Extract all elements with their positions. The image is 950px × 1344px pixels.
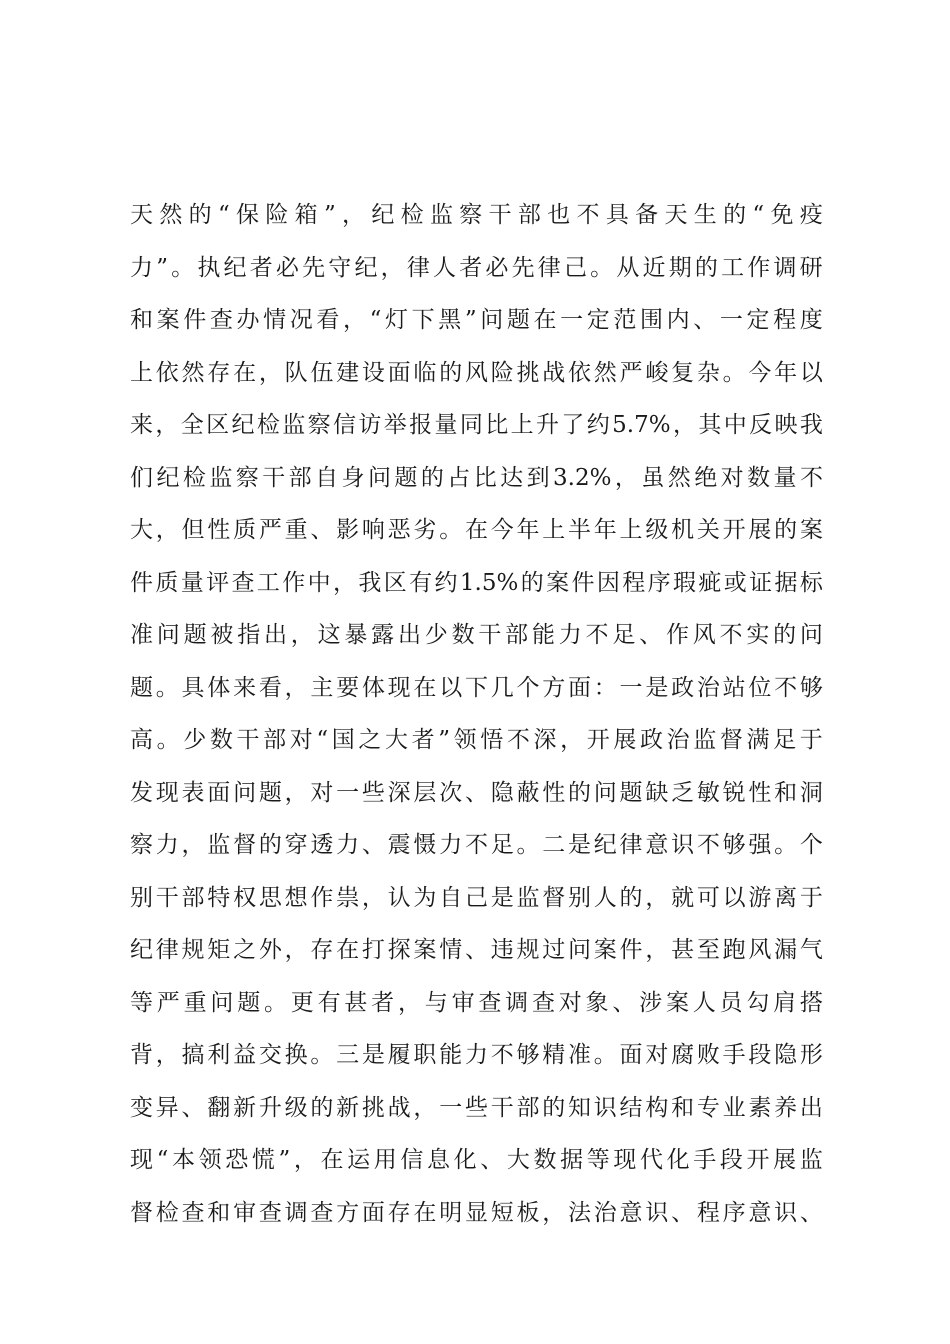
glyph: 作 xyxy=(666,618,689,652)
glyph: 。 xyxy=(516,828,539,862)
glyph: ， xyxy=(285,671,308,705)
glyph: 程 xyxy=(773,303,796,337)
glyph: 我 xyxy=(358,566,381,600)
glyph: 的 xyxy=(421,461,444,495)
glyph: 指 xyxy=(237,618,260,652)
glyph: 政 xyxy=(671,671,694,705)
glyph: 思 xyxy=(259,881,282,915)
glyph: 换 xyxy=(285,1038,308,1072)
glyph: 数 xyxy=(210,723,233,757)
glyph: 免 xyxy=(770,198,793,232)
glyph: 升 xyxy=(536,408,559,442)
glyph: 、 xyxy=(182,1091,205,1125)
glyph: 1.5% xyxy=(460,566,518,600)
glyph: 识 xyxy=(671,828,694,862)
glyph: 虽 xyxy=(641,461,664,495)
glyph: 律 xyxy=(156,933,179,967)
glyph: 力 xyxy=(439,828,462,862)
glyph: 对 xyxy=(721,461,744,495)
glyph: 领 xyxy=(454,723,477,757)
glyph: 代 xyxy=(640,1143,663,1177)
glyph: 上 xyxy=(620,513,643,547)
glyph: 先 xyxy=(512,251,535,285)
glyph: 律 xyxy=(620,828,643,862)
glyph: 、 xyxy=(465,933,488,967)
glyph: 几 xyxy=(491,671,514,705)
glyph: 一 xyxy=(336,776,359,810)
glyph: 至 xyxy=(697,933,720,967)
glyph: ， xyxy=(645,933,668,967)
glyph: 规 xyxy=(516,933,539,967)
glyph: 不 xyxy=(697,828,720,862)
glyph: 战 xyxy=(388,1091,411,1125)
glyph: 出 xyxy=(800,1091,823,1125)
glyph: 必 xyxy=(276,251,299,285)
glyph: 为 xyxy=(413,881,436,915)
glyph: 作 xyxy=(282,566,305,600)
text-line: 来，全区纪检监察信访举报量同比上升了约5.7%，其中反映我 xyxy=(130,408,823,461)
glyph: 瑕 xyxy=(673,566,696,600)
glyph: 不 xyxy=(774,671,797,705)
glyph: 大 xyxy=(507,1143,530,1177)
glyph: 穿 xyxy=(285,828,308,862)
glyph: 问 xyxy=(594,776,617,810)
glyph: 短 xyxy=(491,1196,514,1230)
text-line: 变异、翻新升级的新挑战，一些干部的知识结构和专业素养出 xyxy=(130,1091,823,1144)
glyph: 履 xyxy=(388,1038,411,1072)
glyph: 风 xyxy=(465,356,488,390)
glyph: 法 xyxy=(568,1196,591,1230)
glyph: ” xyxy=(465,303,477,337)
glyph: 段 xyxy=(748,1038,771,1072)
glyph: 问 xyxy=(368,461,391,495)
glyph: 关 xyxy=(697,513,720,547)
glyph: 上 xyxy=(511,408,534,442)
glyph: 力 xyxy=(559,618,582,652)
glyph: 挑 xyxy=(362,1091,385,1125)
glyph: 性 xyxy=(748,776,771,810)
glyph: 意 xyxy=(748,1196,771,1230)
glyph: 办 xyxy=(237,303,260,337)
glyph: 年 xyxy=(594,513,617,547)
glyph: 锐 xyxy=(723,776,746,810)
glyph: 职 xyxy=(413,1038,436,1072)
glyph: 领 xyxy=(199,1143,222,1177)
text-line: 们纪检监察干部自身问题的占比达到3.2%，虽然绝对数量不 xyxy=(130,461,823,514)
glyph: 5.7% xyxy=(612,408,670,442)
glyph: 力 xyxy=(336,828,359,862)
glyph: 主 xyxy=(310,671,333,705)
glyph: ： xyxy=(594,671,617,705)
glyph: 足 xyxy=(491,828,514,862)
glyph: 部 xyxy=(518,198,541,232)
glyph: 案 xyxy=(546,566,569,600)
glyph: 们 xyxy=(130,461,153,495)
glyph: 部 xyxy=(263,723,286,757)
glyph: ， xyxy=(673,408,696,442)
glyph: 下 xyxy=(412,303,435,337)
glyph: 业 xyxy=(723,1091,746,1125)
glyph: ， xyxy=(156,513,179,547)
glyph: 对 xyxy=(290,723,313,757)
glyph: 作 xyxy=(747,251,770,285)
glyph: 约 xyxy=(587,408,610,442)
glyph: 问 xyxy=(800,618,823,652)
glyph: 。 xyxy=(594,1038,617,1072)
glyph: 隐 xyxy=(774,1038,797,1072)
glyph: 外 xyxy=(259,933,282,967)
glyph: 涉 xyxy=(639,986,662,1020)
glyph: 情 xyxy=(263,303,286,337)
glyph: 峻 xyxy=(645,356,668,390)
glyph: 杂 xyxy=(697,356,720,390)
glyph: 面 xyxy=(362,1196,385,1230)
glyph: 一 xyxy=(720,303,743,337)
glyph: 监 xyxy=(693,723,716,757)
glyph: 开 xyxy=(747,1143,770,1177)
glyph: 反 xyxy=(749,408,772,442)
glyph: 满 xyxy=(747,723,770,757)
glyph: 次 xyxy=(439,776,462,810)
glyph: 据 xyxy=(560,1143,583,1177)
glyph: 违 xyxy=(491,933,514,967)
glyph: 政 xyxy=(640,723,663,757)
text-line: 上依然存在，队伍建设面临的风险挑战依然严峻复杂。今年以 xyxy=(130,356,823,409)
glyph: 题 xyxy=(237,986,260,1020)
glyph: 现 xyxy=(156,776,179,810)
glyph: 其 xyxy=(698,408,721,442)
glyph: 认 xyxy=(388,881,411,915)
glyph: 临 xyxy=(413,356,436,390)
glyph: 查 xyxy=(259,1196,282,1230)
glyph: 甚 xyxy=(344,986,367,1020)
glyph: 。 xyxy=(171,251,194,285)
glyph: 洞 xyxy=(800,776,823,810)
glyph: 查 xyxy=(210,303,233,337)
glyph: 干 xyxy=(262,461,285,495)
glyph: ， xyxy=(398,986,421,1020)
glyph: 是 xyxy=(362,1038,385,1072)
glyph: 范 xyxy=(613,303,636,337)
glyph: 题 xyxy=(259,776,282,810)
glyph: 者 xyxy=(250,251,273,285)
glyph: 体 xyxy=(362,671,385,705)
glyph: 纪 xyxy=(224,251,247,285)
glyph: 显 xyxy=(465,1196,488,1230)
glyph: 、 xyxy=(480,1143,503,1177)
glyph: 干 xyxy=(237,723,260,757)
glyph: 自 xyxy=(315,461,338,495)
glyph: 量 xyxy=(435,408,458,442)
glyph: 部 xyxy=(289,461,312,495)
glyph: 查 xyxy=(532,986,555,1020)
glyph: 露 xyxy=(371,618,394,652)
glyph: 以 xyxy=(723,881,746,915)
glyph: 对 xyxy=(559,986,582,1020)
glyph: 搭 xyxy=(800,986,823,1020)
glyph: 性 xyxy=(542,776,565,810)
glyph: 件 xyxy=(620,933,643,967)
glyph: 证 xyxy=(749,566,772,600)
glyph: 数 xyxy=(747,461,770,495)
glyph: ， xyxy=(615,461,638,495)
glyph: 人 xyxy=(433,251,456,285)
glyph: 想 xyxy=(285,881,308,915)
glyph: 力 xyxy=(465,1038,488,1072)
glyph: 发 xyxy=(130,776,153,810)
glyph: 生 xyxy=(694,198,717,232)
glyph: 一 xyxy=(560,303,583,337)
glyph: 具 xyxy=(182,671,205,705)
glyph: 重 xyxy=(184,986,207,1020)
glyph: 比 xyxy=(485,408,508,442)
glyph: 够 xyxy=(800,671,823,705)
glyph: ， xyxy=(645,881,668,915)
glyph: 险 xyxy=(265,198,288,232)
glyph: 题 xyxy=(507,303,530,337)
glyph: 设 xyxy=(362,356,385,390)
glyph: 缺 xyxy=(645,776,668,810)
glyph: 对 xyxy=(310,776,333,810)
glyph: 察 xyxy=(236,461,259,495)
glyph: 等 xyxy=(130,986,153,1020)
glyph: 背 xyxy=(130,1038,153,1072)
glyph: 少 xyxy=(183,723,206,757)
glyph: 疫 xyxy=(800,198,823,232)
glyph: 特 xyxy=(207,881,230,915)
glyph: 国 xyxy=(332,723,355,757)
text-line: 件质量评查工作中，我区有约1.5%的案件因程序瑕疵或证据标 xyxy=(130,566,823,619)
glyph: 一 xyxy=(620,671,643,705)
glyph: 严 xyxy=(157,986,180,1020)
glyph: 然 xyxy=(159,198,182,232)
glyph: 案 xyxy=(666,986,689,1020)
glyph: 的 xyxy=(439,356,462,390)
glyph: 疵 xyxy=(698,566,721,600)
glyph: 己 xyxy=(564,251,587,285)
glyph: 腐 xyxy=(671,1038,694,1072)
glyph: 升 xyxy=(259,1091,282,1125)
glyph: 但 xyxy=(182,513,205,547)
glyph: 化 xyxy=(667,1143,690,1177)
glyph: ， xyxy=(362,881,385,915)
glyph: 和 xyxy=(774,776,797,810)
glyph: 。 xyxy=(439,513,462,547)
glyph: 质 xyxy=(155,566,178,600)
glyph: 治 xyxy=(594,1196,617,1230)
glyph: 出 xyxy=(398,618,421,652)
body-paragraph: 天然的“保险箱”，纪检监察干部也不具备天生的“免疫 力”。执纪者必先守纪，律人者… xyxy=(130,198,823,1248)
glyph: 气 xyxy=(800,933,823,967)
glyph: 。 xyxy=(774,828,797,862)
glyph: 调 xyxy=(505,986,528,1020)
glyph: 然 xyxy=(182,356,205,390)
glyph: 在 xyxy=(465,513,488,547)
glyph: 信 xyxy=(333,408,356,442)
glyph: 督 xyxy=(233,828,256,862)
glyph: 存 xyxy=(310,933,333,967)
glyph: 个 xyxy=(516,671,539,705)
glyph: 运 xyxy=(347,1143,370,1177)
glyph: 在 xyxy=(534,303,557,337)
glyph: 二 xyxy=(542,828,565,862)
glyph: 队 xyxy=(285,356,308,390)
glyph: 监 xyxy=(800,1143,823,1177)
glyph: 、 xyxy=(612,986,635,1020)
glyph: 今 xyxy=(748,356,771,390)
glyph: 。 xyxy=(264,986,287,1020)
glyph: 题 xyxy=(184,618,207,652)
glyph: 化 xyxy=(454,1143,477,1177)
glyph: 干 xyxy=(489,198,512,232)
glyph: 我 xyxy=(800,408,823,442)
glyph: 黑 xyxy=(438,303,461,337)
glyph: 督 xyxy=(720,723,743,757)
glyph: 研 xyxy=(800,251,823,285)
glyph: 存 xyxy=(207,356,230,390)
glyph: 与 xyxy=(425,986,448,1020)
glyph: 调 xyxy=(285,1196,308,1230)
glyph: 况 xyxy=(290,303,313,337)
glyph: 来 xyxy=(130,408,153,442)
glyph: 报 xyxy=(409,408,432,442)
glyph: 到 xyxy=(527,461,550,495)
glyph: 面 xyxy=(388,356,411,390)
glyph: 在 xyxy=(233,356,256,390)
glyph: 案 xyxy=(800,513,823,547)
glyph: 现 xyxy=(613,1143,636,1177)
glyph: 上 xyxy=(130,356,153,390)
glyph: 映 xyxy=(774,408,797,442)
glyph: 、 xyxy=(800,1196,823,1230)
glyph: ， xyxy=(259,356,282,390)
text-line: 等严重问题。更有甚者，与审查调查对象、涉案人员勾肩搭 xyxy=(130,986,823,1039)
glyph: 别 xyxy=(130,881,153,915)
glyph: 打 xyxy=(362,933,385,967)
glyph: 同 xyxy=(460,408,483,442)
glyph: 少 xyxy=(425,618,448,652)
glyph: 深 xyxy=(388,776,411,810)
glyph: 精 xyxy=(542,1038,565,1072)
glyph: 层 xyxy=(413,776,436,810)
glyph: 治 xyxy=(667,723,690,757)
glyph: 或 xyxy=(724,566,747,600)
glyph: ， xyxy=(291,618,314,652)
glyph: 风 xyxy=(748,933,771,967)
glyph: 全 xyxy=(181,408,204,442)
glyph: 守 xyxy=(328,251,351,285)
glyph: 离 xyxy=(774,881,797,915)
glyph: 问 xyxy=(480,303,503,337)
text-line: 题。具体来看，主要体现在以下几个方面：一是政治站位不够 xyxy=(130,671,823,724)
glyph: 段 xyxy=(720,1143,743,1177)
glyph: 的 xyxy=(723,198,746,232)
glyph: 意 xyxy=(645,828,668,862)
glyph: 举 xyxy=(384,408,407,442)
glyph: ， xyxy=(285,933,308,967)
text-line: 高。少数干部对“国之大者”领悟不深，开展政治监督满足于 xyxy=(130,723,823,776)
glyph: 检 xyxy=(257,408,280,442)
glyph: 三 xyxy=(336,1038,359,1072)
glyph: 以 xyxy=(800,356,823,390)
glyph: 督 xyxy=(130,1196,153,1230)
glyph: 者 xyxy=(459,251,482,285)
text-line: 背，搞利益交换。三是履职能力不够精准。面对腐败手段隐形 xyxy=(130,1038,823,1091)
glyph: 一 xyxy=(439,1091,462,1125)
glyph: ， xyxy=(155,408,178,442)
text-line: 督检查和审查调查方面存在明显短板，法治意识、程序意识、 xyxy=(130,1196,823,1249)
glyph: “ xyxy=(316,723,328,757)
glyph: 在 xyxy=(413,1196,436,1230)
glyph: 占 xyxy=(447,461,470,495)
glyph: 不 xyxy=(507,723,530,757)
glyph: 部 xyxy=(182,881,205,915)
glyph: 查 xyxy=(478,986,501,1020)
glyph: ， xyxy=(342,198,365,232)
glyph: 明 xyxy=(439,1196,462,1230)
glyph: 准 xyxy=(130,618,153,652)
glyph: 游 xyxy=(748,881,771,915)
glyph: 件 xyxy=(571,566,594,600)
glyph: 今 xyxy=(491,513,514,547)
glyph: 结 xyxy=(620,1091,643,1125)
glyph: 劣 xyxy=(413,513,436,547)
glyph: 息 xyxy=(427,1143,450,1177)
glyph: 监 xyxy=(207,828,230,862)
text-line: 和案件查办情况看，“灯下黑”问题在一定范围内、一定程度 xyxy=(130,303,823,356)
glyph: 检 xyxy=(156,1196,179,1230)
glyph: 性 xyxy=(207,513,230,547)
glyph: “ xyxy=(157,1143,169,1177)
glyph: 看 xyxy=(316,303,339,337)
glyph: 素 xyxy=(748,1091,771,1125)
glyph: 别 xyxy=(568,881,591,915)
glyph: ， xyxy=(333,566,356,600)
glyph: 的 xyxy=(695,251,718,285)
glyph: 查 xyxy=(232,566,255,600)
glyph: 问 xyxy=(210,986,233,1020)
glyph: 律 xyxy=(538,251,561,285)
glyph: 。 xyxy=(157,723,180,757)
glyph: 的 xyxy=(542,1091,565,1125)
glyph: 在 xyxy=(413,671,436,705)
glyph: 执 xyxy=(197,251,220,285)
glyph: 面 xyxy=(620,1038,643,1072)
glyph: 象 xyxy=(586,986,609,1020)
glyph: ， xyxy=(343,303,366,337)
glyph: 站 xyxy=(723,671,746,705)
glyph: 表 xyxy=(182,776,205,810)
glyph: 序 xyxy=(648,566,671,600)
glyph: 手 xyxy=(723,1038,746,1072)
glyph: 具 xyxy=(606,198,629,232)
glyph: “ xyxy=(370,303,382,337)
glyph: 准 xyxy=(568,1038,591,1072)
glyph: 、 xyxy=(671,1196,694,1230)
glyph: 战 xyxy=(542,356,565,390)
glyph: “ xyxy=(218,198,230,232)
glyph: 内 xyxy=(667,303,690,337)
glyph: 和 xyxy=(671,1091,694,1125)
glyph: 监 xyxy=(209,461,232,495)
glyph: ” xyxy=(438,723,450,757)
glyph: 干 xyxy=(156,881,179,915)
glyph: 等 xyxy=(587,1143,610,1177)
glyph: 治 xyxy=(697,671,720,705)
glyph: 题 xyxy=(394,461,417,495)
glyph: 先 xyxy=(302,251,325,285)
glyph: 现 xyxy=(130,1143,153,1177)
